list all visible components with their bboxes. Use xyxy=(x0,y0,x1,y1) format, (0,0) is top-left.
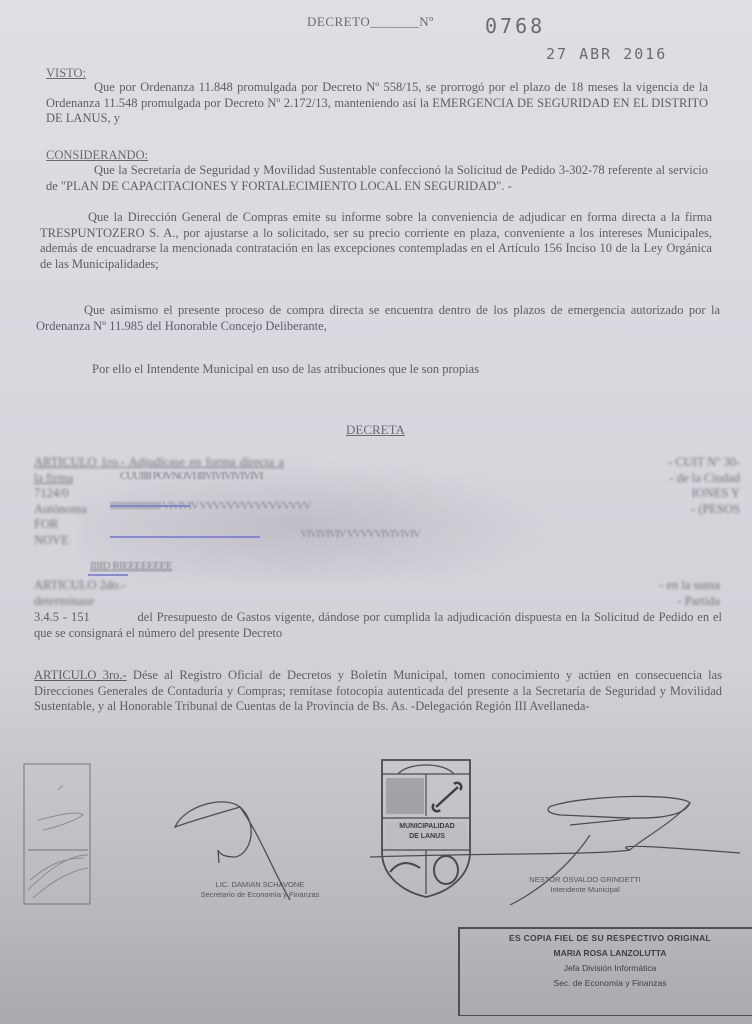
signatory-right-name: NESTOR OSVALDO GRINDETTI xyxy=(505,875,665,885)
date-stamp: 27 ABR 2016 xyxy=(546,45,667,63)
signatory-right-role: Intendente Municipal xyxy=(505,885,665,895)
articulo-2-line-1: ARTICULO 2do.- xyxy=(34,578,234,594)
stamp-line-3: Jefa División Informática xyxy=(460,961,752,976)
signatory-left-role: Secretario de Economía y Finanzas xyxy=(180,890,340,900)
stamp-line-4: Sec. de Economía y Finanzas xyxy=(460,976,752,991)
decree-number: 0768 xyxy=(485,14,545,38)
signature-block-right: NESTOR OSVALDO GRINDETTI Intendente Muni… xyxy=(505,875,665,895)
considerando-paragraph-3: Que asimismo el presente proceso de comp… xyxy=(36,303,720,334)
articulo-2-right-line-1: - en la suma xyxy=(580,578,720,594)
decree-document-page: DECRETO_______Nº 0768 27 ABR 2016 VISTO:… xyxy=(0,0,752,1024)
articulo-2-partida: 3.4.5 - 151 xyxy=(34,610,90,624)
visto-heading: VISTO: xyxy=(46,66,86,81)
decree-number-label: Nº xyxy=(419,14,433,29)
initials-box xyxy=(18,760,98,910)
certification-stamp: ES COPIA FIEL DE SU RESPECTIVO ORIGINAL … xyxy=(458,927,752,1016)
articulo-2-left: ARTICULO 2do.- determinase xyxy=(34,578,234,609)
blue-ink-mark xyxy=(110,536,260,538)
articulo-1-right-line-1: - CUIT Nº 30- xyxy=(560,455,740,471)
decree-title: DECRETO_______Nº xyxy=(307,14,434,30)
articulo-3: ARTICULO 3ro.- Dése al Registro Oficial … xyxy=(34,668,722,715)
blue-ink-mark xyxy=(88,574,128,576)
articulo-1-right: - CUIT Nº 30- - de la Ciudad IONES Y - (… xyxy=(560,455,740,517)
articulo-3-label: ARTICULO 3ro.- xyxy=(34,668,127,682)
signature-block-left: LIC. DAMIAN SCHAVONE Secretario de Econo… xyxy=(180,880,340,900)
redaction-overtype-4: IIIID RIEEEEEEEE xyxy=(90,560,172,572)
decreta-heading: DECRETA xyxy=(346,422,405,438)
articulo-1-right-line-4: - (PESOS xyxy=(560,502,740,518)
articulo-2-right: - en la suma - Partida xyxy=(580,578,720,609)
considerando-heading: CONSIDERANDO: xyxy=(46,148,148,163)
articulo-2-text: 3.4.5 - 151 del Presupuesto de Gastos vi… xyxy=(34,610,722,641)
considerando-closing: Por ello el Intendente Municipal en uso … xyxy=(92,362,692,378)
visto-text: Que por Ordenanza 11.848 promulgada por … xyxy=(46,80,708,127)
stamp-line-2: MARIA ROSA LANZOLUTTA xyxy=(460,946,752,961)
redaction-overtype-1: CUUIIII POVNOVI IIIVIVIVIVIVIVI xyxy=(120,470,263,482)
decree-title-text: DECRETO xyxy=(307,14,370,29)
articulo-1-right-line-3: IONES Y xyxy=(560,486,740,502)
stamp-line-1: ES COPIA FIEL DE SU RESPECTIVO ORIGINAL xyxy=(460,931,752,946)
signatory-left-name: LIC. DAMIAN SCHAVONE xyxy=(180,880,340,890)
articulo-3-text: Dése al Registro Oficial de Decretos y B… xyxy=(34,668,722,713)
articulo-2-text-tail: del Presupuesto de Gastos vigente, dándo… xyxy=(34,610,722,640)
redaction-overtype-3: VIVIVIVIV VVVVVIVIVIVIV xyxy=(300,528,420,540)
considerando-paragraph-1: Que la Secretaría de Seguridad y Movilid… xyxy=(46,163,708,194)
articulo-2-right-line-2: - Partida xyxy=(580,594,720,610)
articulo-1-right-line-2: - de la Ciudad xyxy=(560,471,740,487)
considerando-paragraph-2: Que la Dirección General de Compras emit… xyxy=(40,210,712,272)
articulo-2-line-2: determinase xyxy=(34,594,234,610)
blue-ink-mark xyxy=(110,505,190,507)
